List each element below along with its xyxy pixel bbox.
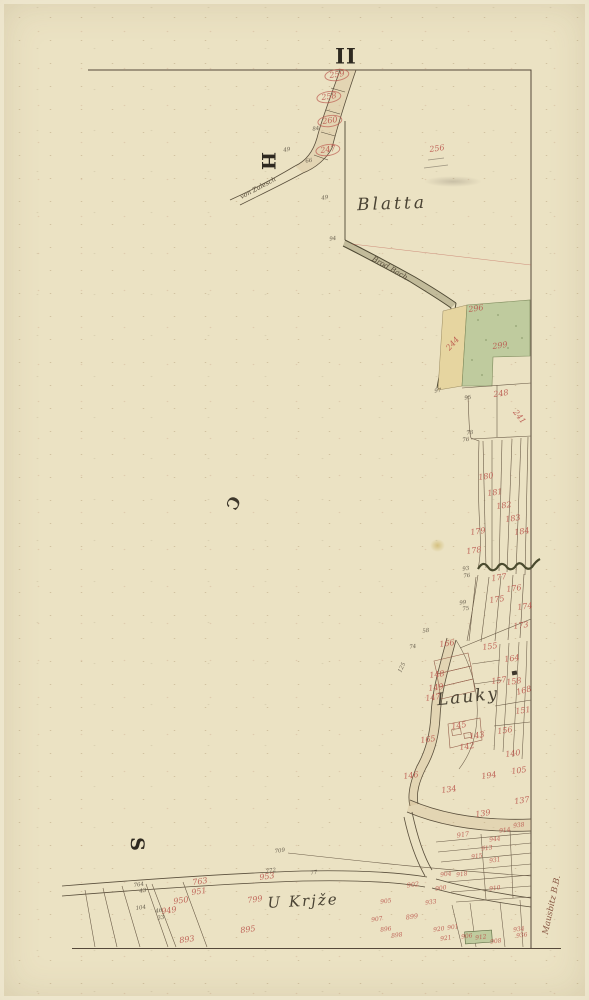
survey-mark: 66 (305, 159, 313, 165)
survey-mark: 49 (321, 196, 329, 202)
survey-mark: 94 (329, 237, 337, 243)
survey-mark: 49 (283, 148, 291, 154)
parcel-number: 902 (406, 881, 419, 889)
parcel-number: 917 (456, 831, 469, 839)
parcel-number: 899 (405, 913, 418, 921)
sheet-marker-west: H (257, 152, 279, 170)
survey-mark: 43 (139, 889, 147, 895)
toponym-blatta: Blatta (357, 193, 428, 215)
survey-mark: 33 (157, 916, 165, 922)
building-footprint (512, 671, 518, 676)
sheet-marker-north: II (335, 44, 357, 69)
survey-mark: 75 (462, 607, 470, 613)
survey-mark: 97 (434, 389, 442, 395)
survey-mark: 95 (464, 396, 472, 402)
survey-mark: 84 (312, 127, 320, 133)
survey-mark: 58 (422, 629, 430, 635)
toponym-u-krjze: U Krjže (267, 890, 339, 912)
map-sheet: II H C S Blatta Lauky U Krjže Brod Bach … (0, 0, 589, 1000)
survey-mark: 76 (462, 438, 470, 444)
top-road (230, 70, 356, 205)
map-linework (0, 0, 589, 1000)
lauky-village (409, 638, 531, 806)
sheet-marker-south: S (126, 837, 148, 851)
survey-mark: 76 (463, 574, 471, 580)
survey-mark: 74 (409, 645, 417, 651)
survey-mark: 77 (310, 871, 318, 877)
